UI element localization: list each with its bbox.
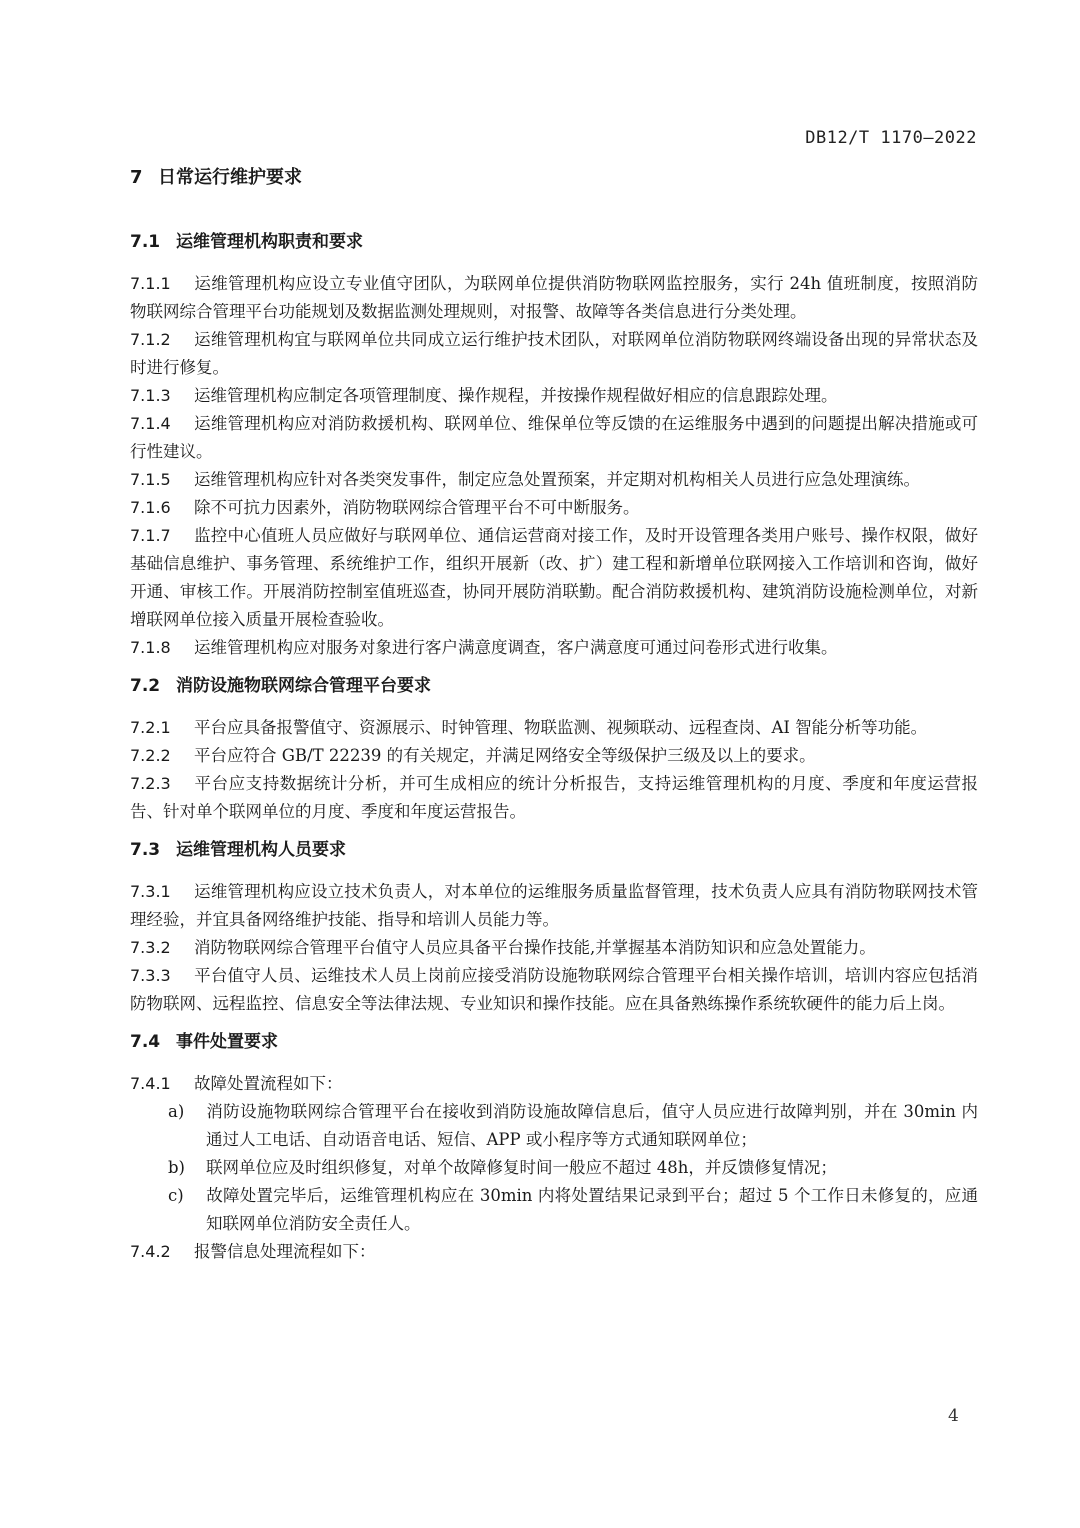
clause-7-4-1: 7.4.1故障处置流程如下： (130, 1070, 978, 1098)
clause-number: 7.1.4 (130, 410, 194, 438)
clause-text: 运维管理机构应制定各项管理制度、操作规程，并按操作规程做好相应的信息跟踪处理。 (194, 386, 838, 405)
clause-text: 消防物联网综合管理平台值守人员应具备平台操作技能,并掌握基本消防知识和应急处置能… (194, 938, 876, 957)
clause-7-3-2: 7.3.2消防物联网综合管理平台值守人员应具备平台操作技能,并掌握基本消防知识和… (130, 934, 978, 962)
clause-text: 平台应符合 GB/T 22239 的有关规定，并满足网络安全等级保护三级及以上的… (194, 746, 816, 765)
clause-7-4-2: 7.4.2报警信息处理流程如下： (130, 1238, 978, 1266)
clause-7-1-1: 7.1.1运维管理机构应设立专业值守团队，为联网单位提供消防物联网监控服务，实行… (130, 270, 978, 326)
clause-text: 运维管理机构应对消防救援机构、联网单位、维保单位等反馈的在运维服务中遇到的问题提… (130, 414, 978, 461)
list-marker: c) (168, 1182, 206, 1210)
section-heading-7-4: 7.4事件处置要求 (130, 1028, 978, 1056)
section-number: 7.3 (130, 836, 176, 864)
list-item-text: 消防设施物联网综合管理平台在接收到消防设施故障信息后，值守人员应进行故障判别，并… (206, 1102, 978, 1149)
clause-7-1-6: 7.1.6除不可抗力因素外，消防物联网综合管理平台不可中断服务。 (130, 494, 978, 522)
clause-number: 7.2.1 (130, 714, 194, 742)
list-item-c: c)故障处置完毕后，运维管理机构应在 30min 内将处置结果记录到平台；超过 … (130, 1182, 978, 1238)
section-number: 7.4 (130, 1028, 176, 1056)
clause-7-2-3: 7.2.3平台应支持数据统计分析，并可生成相应的统计分析报告，支持运维管理机构的… (130, 770, 978, 826)
clause-text: 运维管理机构应针对各类突发事件，制定应急处置预案，并定期对机构相关人员进行应急处… (194, 470, 920, 489)
list-marker: b) (168, 1154, 206, 1182)
section-heading-7-2: 7.2消防设施物联网综合管理平台要求 (130, 672, 978, 700)
clause-7-2-1: 7.2.1平台应具备报警值守、资源展示、时钟管理、物联监测、视频联动、远程查岗、… (130, 714, 978, 742)
clause-number: 7.1.7 (130, 522, 194, 550)
section-heading-7-1: 7.1运维管理机构职责和要求 (130, 228, 978, 256)
clause-number: 7.2.2 (130, 742, 194, 770)
chapter-heading: 7日常运行维护要求 (130, 164, 978, 192)
list-item-text: 联网单位应及时组织修复，对单个故障修复时间一般应不超过 48h，并反馈修复情况； (206, 1158, 837, 1177)
clause-text: 监控中心值班人员应做好与联网单位、通信运营商对接工作，及时开设管理各类用户账号、… (130, 526, 978, 629)
clause-text: 运维管理机构应设立专业值守团队，为联网单位提供消防物联网监控服务，实行 24h … (130, 274, 978, 321)
clause-7-2-2: 7.2.2平台应符合 GB/T 22239 的有关规定，并满足网络安全等级保护三… (130, 742, 978, 770)
clause-7-3-3: 7.3.3平台值守人员、运维技术人员上岗前应接受消防设施物联网综合管理平台相关操… (130, 962, 978, 1018)
chapter-title: 日常运行维护要求 (158, 167, 302, 188)
clause-number: 7.1.3 (130, 382, 194, 410)
document-code: DB12/T 1170—2022 (805, 128, 977, 148)
clause-number: 7.1.5 (130, 466, 194, 494)
section-number: 7.2 (130, 672, 176, 700)
clause-text: 报警信息处理流程如下： (194, 1242, 376, 1261)
clause-text: 平台值守人员、运维技术人员上岗前应接受消防设施物联网综合管理平台相关操作培训，培… (130, 966, 978, 1013)
clause-number: 7.4.2 (130, 1238, 194, 1266)
clause-number: 7.3.3 (130, 962, 194, 990)
section-title: 运维管理机构人员要求 (176, 840, 346, 860)
clause-7-1-7: 7.1.7监控中心值班人员应做好与联网单位、通信运营商对接工作，及时开设管理各类… (130, 522, 978, 634)
section-heading-7-3: 7.3运维管理机构人员要求 (130, 836, 978, 864)
clause-number: 7.3.1 (130, 878, 194, 906)
list-item-text: 故障处置完毕后，运维管理机构应在 30min 内将处置结果记录到平台；超过 5 … (206, 1186, 978, 1233)
clause-number: 7.3.2 (130, 934, 194, 962)
list-item-b: b)联网单位应及时组织修复，对单个故障修复时间一般应不超过 48h，并反馈修复情… (130, 1154, 978, 1182)
list-item-a: a)消防设施物联网综合管理平台在接收到消防设施故障信息后，值守人员应进行故障判别… (130, 1098, 978, 1154)
clause-text: 运维管理机构应设立技术负责人，对本单位的运维服务质量监督管理，技术负责人应具有消… (130, 882, 978, 929)
clause-text: 平台应具备报警值守、资源展示、时钟管理、物联监测、视频联动、远程查岗、AI 智能… (194, 718, 927, 737)
clause-number: 7.2.3 (130, 770, 194, 798)
clause-number: 7.4.1 (130, 1070, 194, 1098)
clause-text: 平台应支持数据统计分析，并可生成相应的统计分析报告，支持运维管理机构的月度、季度… (130, 774, 978, 821)
chapter-number: 7 (130, 164, 158, 192)
clause-text: 除不可抗力因素外，消防物联网综合管理平台不可中断服务。 (194, 498, 640, 517)
page-number: 4 (948, 1406, 959, 1426)
clause-number: 7.1.1 (130, 270, 194, 298)
clause-text: 运维管理机构应对服务对象进行客户满意度调查，客户满意度可通过问卷形式进行收集。 (194, 638, 838, 657)
clause-number: 7.1.8 (130, 634, 194, 662)
clause-7-1-5: 7.1.5运维管理机构应针对各类突发事件，制定应急处置预案，并定期对机构相关人员… (130, 466, 978, 494)
section-title: 事件处置要求 (176, 1032, 278, 1052)
document-body: 7日常运行维护要求 7.1运维管理机构职责和要求 7.1.1运维管理机构应设立专… (130, 164, 978, 1266)
section-title: 运维管理机构职责和要求 (176, 232, 363, 252)
section-number: 7.1 (130, 228, 176, 256)
section-title: 消防设施物联网综合管理平台要求 (176, 676, 431, 696)
clause-number: 7.1.6 (130, 494, 194, 522)
list-marker: a) (168, 1098, 206, 1126)
clause-text: 故障处置流程如下： (194, 1074, 343, 1093)
clause-text: 运维管理机构宜与联网单位共同成立运行维护技术团队，对联网单位消防物联网终端设备出… (130, 330, 978, 377)
clause-7-1-3: 7.1.3运维管理机构应制定各项管理制度、操作规程，并按操作规程做好相应的信息跟… (130, 382, 978, 410)
clause-7-3-1: 7.3.1运维管理机构应设立技术负责人，对本单位的运维服务质量监督管理，技术负责… (130, 878, 978, 934)
clause-7-1-8: 7.1.8运维管理机构应对服务对象进行客户满意度调查，客户满意度可通过问卷形式进… (130, 634, 978, 662)
clause-7-1-2: 7.1.2运维管理机构宜与联网单位共同成立运行维护技术团队，对联网单位消防物联网… (130, 326, 978, 382)
document-page: DB12/T 1170—2022 7日常运行维护要求 7.1运维管理机构职责和要… (0, 0, 1080, 1528)
clause-number: 7.1.2 (130, 326, 194, 354)
clause-7-1-4: 7.1.4运维管理机构应对消防救援机构、联网单位、维保单位等反馈的在运维服务中遇… (130, 410, 978, 466)
